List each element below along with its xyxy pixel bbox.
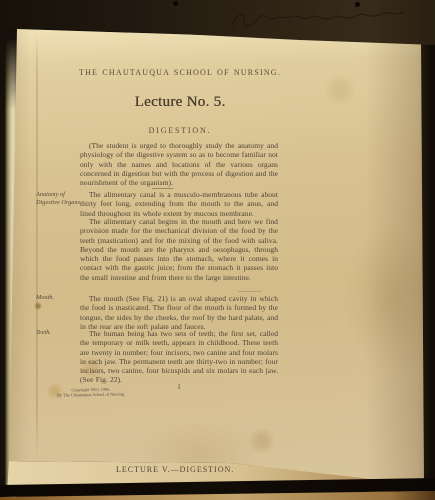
lecture-title: Lecture No. 5. — [62, 94, 298, 111]
school-header: THE CHAUTAUQUA SCHOOL OF NURSING. — [62, 68, 298, 77]
margin-note-teeth: Teeth. — [36, 329, 84, 337]
page-number: 1 — [172, 383, 186, 391]
paragraph-student-note: (The student is urged to thoroughly stud… — [80, 141, 278, 187]
paragraph-alimentary-canal: The alimentary canal is a musculo-membra… — [80, 190, 278, 218]
paragraph-canal-begins: The alimentary canal begins in the mouth… — [80, 217, 278, 282]
copyright-notice: Copyright 1903, 1906. By The Chautauqua … — [52, 386, 130, 398]
paragraph-mouth: The mouth (See Fig. 21) is an oval shape… — [80, 294, 278, 331]
book-page-photo: THE CHAUTAUQUA SCHOOL OF NURSING. Lectur… — [0, 0, 435, 500]
paragraph-teeth: The human being has two sets of teeth; t… — [80, 329, 278, 385]
cover-dot — [355, 2, 360, 7]
cover-signature-scribble — [228, 1, 409, 34]
page-crease — [36, 32, 38, 460]
margin-note-mouth: Mouth. — [36, 294, 84, 302]
section-divider-rule — [152, 188, 173, 189]
cover-dot — [173, 1, 178, 6]
running-footer: LECTURE V.—DIGESTION. — [116, 465, 234, 474]
section-heading: DIGESTION. — [62, 126, 298, 135]
margin-note-anatomy: Anatomy of Digestive Organs. — [36, 191, 84, 206]
faint-divider-mark — [238, 291, 262, 292]
